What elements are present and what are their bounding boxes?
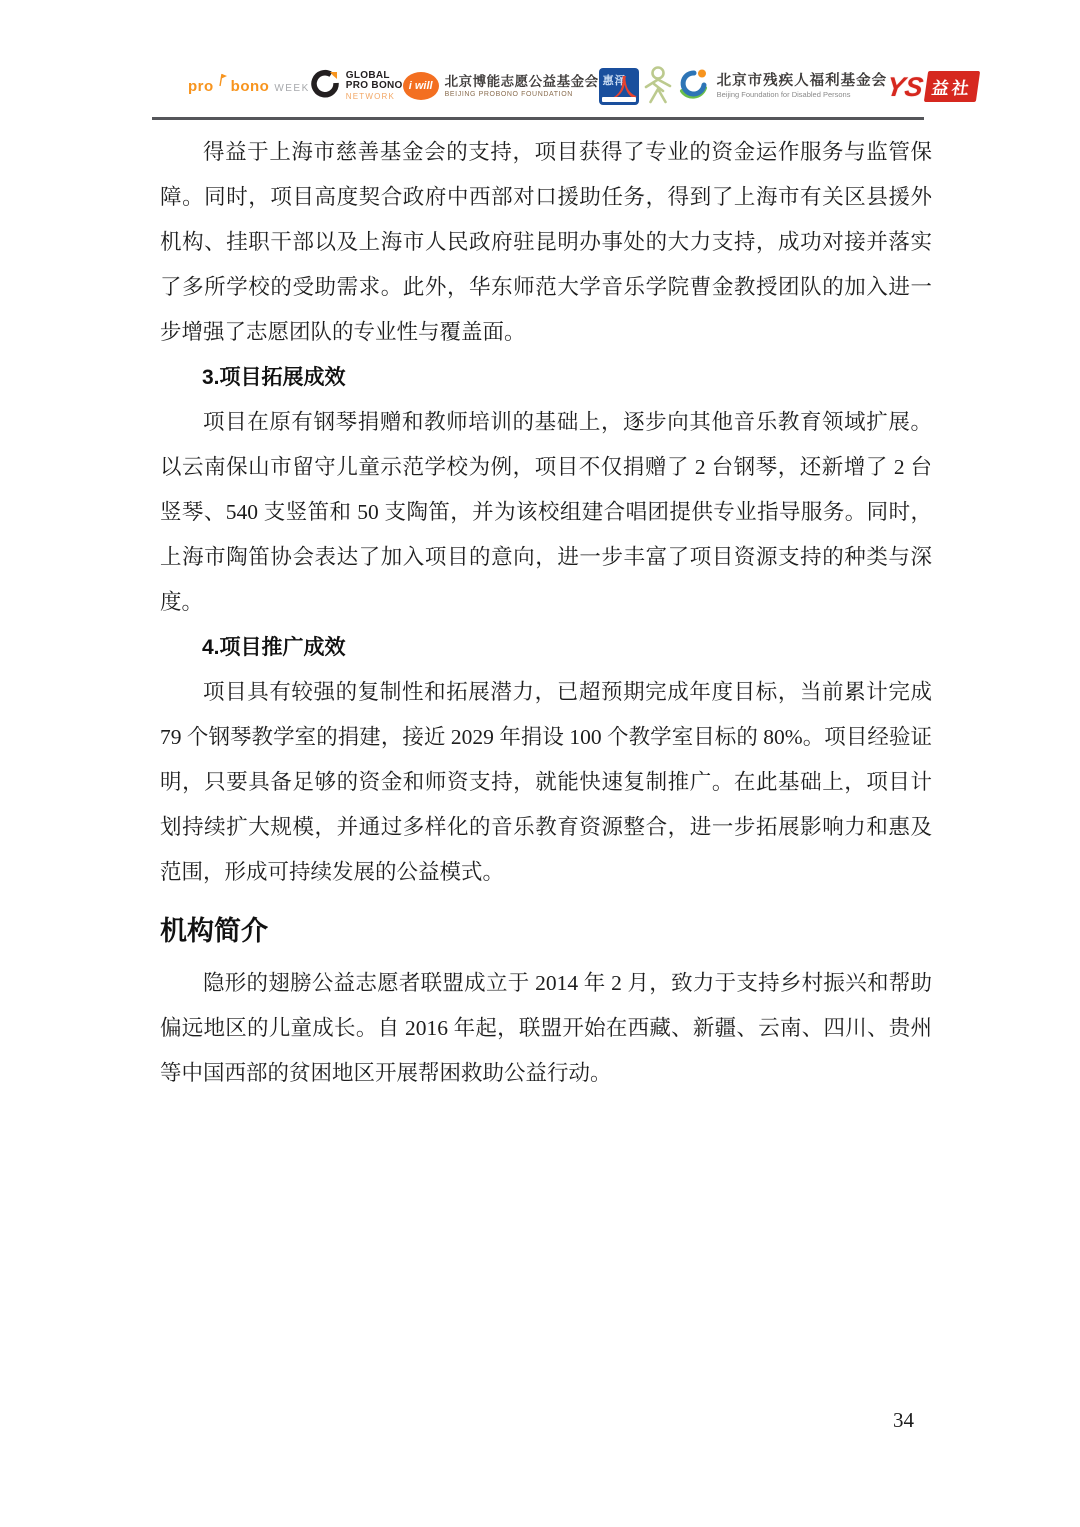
paragraph-project-expansion: 项目在原有钢琴捐赠和教师培训的基础上，逐步向其他音乐教育领域扩展。以云南保山市留… xyxy=(160,400,932,625)
ys-yishe-cn-text: 益社 xyxy=(924,71,980,102)
global-pro-bono-c-icon xyxy=(310,69,340,104)
document-page: pro bono WEEK GLOBAL PRO BONO NETWORK i … xyxy=(0,0,1080,1527)
header-divider xyxy=(152,117,924,120)
logo-beijing-probono-foundation: i will 北京博能志愿公益基金会 BEIJING PROBONO FOUND… xyxy=(403,72,599,100)
paragraph-project-promotion: 项目具有较强的复制性和拓展潜力，已超预期完成年度目标，当前累计完成 79 个钢琴… xyxy=(160,670,932,895)
probono-week-pro-text: pro xyxy=(188,78,214,95)
probono-week-week-text: WEEK xyxy=(274,83,309,94)
ys-monogram: YS xyxy=(885,72,925,100)
green-figure-icon xyxy=(639,64,675,108)
global-pro-bono-line1: GLOBAL xyxy=(346,71,403,81)
disabled-foundation-cn-name: 北京市残疾人福利基金会 xyxy=(717,73,888,90)
logo-global-pro-bono-network: GLOBAL PRO BONO NETWORK xyxy=(310,69,403,104)
paragraph-organization-intro: 隐形的翅膀公益志愿者联盟成立于 2014 年 2 月，致力于支持乡村振兴和帮助偏… xyxy=(160,961,932,1096)
huizeren-bottom-band xyxy=(602,97,636,102)
probono-week-bono-text: bono xyxy=(231,78,270,95)
global-pro-bono-line2: PRO BONO xyxy=(346,81,403,91)
page-content: 得益于上海市慈善基金会的支持，项目获得了专业的资金运作服务与监管保障。同时，项目… xyxy=(160,130,932,1096)
heading-organization-intro: 机构简介 xyxy=(160,911,932,951)
disabled-foundation-en-name: Beijing Foundation for Disabled Persons xyxy=(717,90,888,99)
logo-huizeren: 惠泽 人 xyxy=(599,68,639,105)
beijing-probono-cn-name: 北京博能志愿公益基金会 xyxy=(445,74,599,90)
heading-project-expansion: 3.项目拓展成效 xyxy=(160,355,932,400)
partner-logo-bar: pro bono WEEK GLOBAL PRO BONO NETWORK i … xyxy=(188,58,894,114)
logo-beijing-foundation-disabled: 北京市残疾人福利基金会 Beijing Foundation for Disab… xyxy=(675,66,888,107)
beijing-probono-en-name: BEIJING PROBONO FOUNDATION xyxy=(445,90,599,99)
heading-project-promotion: 4.项目推广成效 xyxy=(160,625,932,670)
paragraph-funding-support: 得益于上海市慈善基金会的支持，项目获得了专业的资金运作服务与监管保障。同时，项目… xyxy=(160,130,932,355)
iwill-badge-icon: i will xyxy=(403,72,439,100)
logo-pro-bono-week: pro bono WEEK xyxy=(188,77,310,96)
disabled-foundation-icon xyxy=(675,66,711,107)
global-pro-bono-line3: NETWORK xyxy=(346,92,403,102)
flag-icon xyxy=(217,73,228,92)
logo-ys-yishe: YS 益社 xyxy=(885,71,980,102)
page-number: 34 xyxy=(893,1408,914,1433)
